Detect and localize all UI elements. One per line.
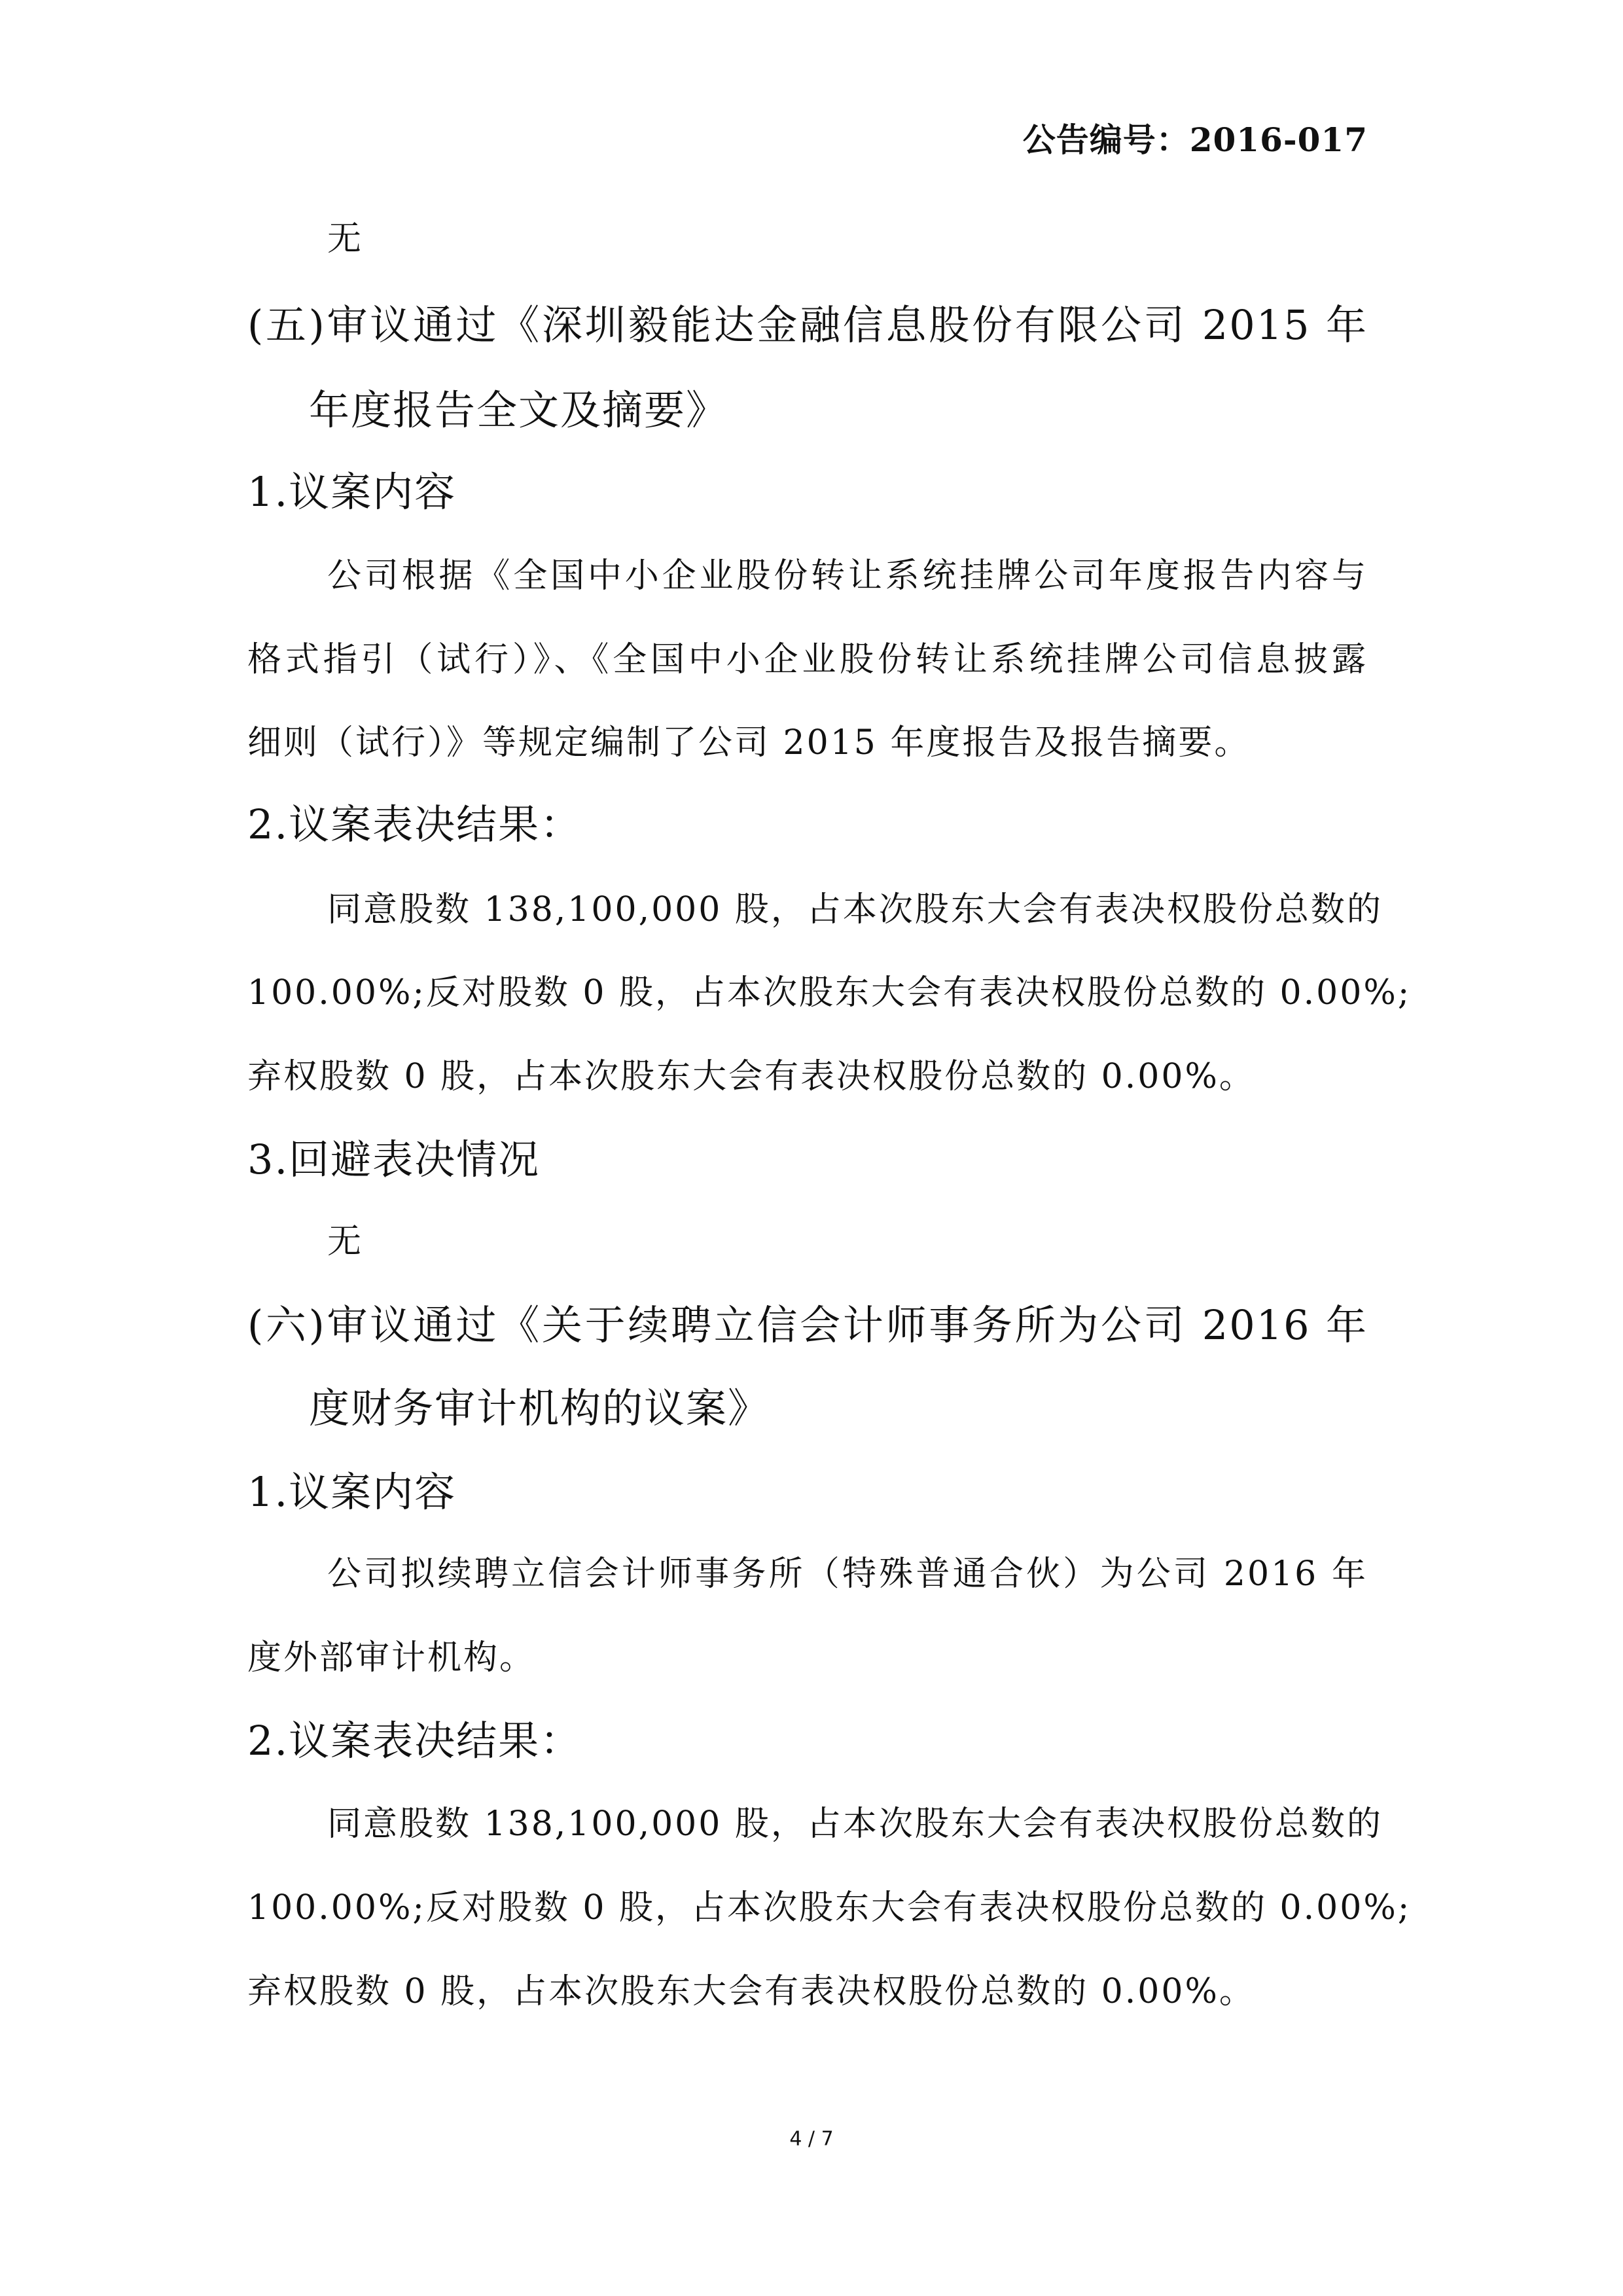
- s5-vote-line: 100.00%;反对股数 0 股，占本次股东大会有表决权股份总数的 0.00%;: [247, 976, 1368, 1010]
- s5-item2-heading: 2.议案表决结果：: [247, 804, 1368, 845]
- s5-item1-heading: 1.议案内容: [247, 472, 1368, 512]
- s5-item3-heading: 3.回避表决情况: [247, 1139, 1368, 1180]
- s6-item1-body-line: 度外部审计机构。: [247, 1641, 1368, 1675]
- s6-vote-line: 弃权股数 0 股，占本次股东大会有表决权股份总数的 0.00%。: [247, 1975, 1368, 2009]
- section-6-title-line2: 度财务审计机构的议案》: [309, 1388, 1368, 1429]
- section-5-title-line1: (五)审议通过《深圳毅能达金融信息股份有限公司 2015 年: [247, 305, 1368, 346]
- section-6-title-line1: (六)审议通过《关于续聘立信会计师事务所为公司 2016 年: [247, 1305, 1368, 1346]
- s5-item3-none: 无: [327, 1225, 1368, 1259]
- announcement-number: 公告编号：2016-017: [1023, 114, 1368, 161]
- prev-none-text: 无: [327, 222, 1368, 256]
- s5-vote-line: 同意股数 138,100,000 股，占本次股东大会有表决权股份总数的: [327, 893, 1368, 927]
- s5-item1-body-line: 格式指引（试行）》、《全国中小企业股份转让系统挂牌公司信息披露: [247, 643, 1368, 677]
- section-5-title-line2: 年度报告全文及摘要》: [309, 390, 1368, 431]
- s6-item1-body-line: 公司拟续聘立信会计师事务所（特殊普通合伙）为公司 2016 年: [327, 1557, 1368, 1591]
- page-indicator: 4 / 7: [0, 2128, 1623, 2151]
- s5-item1-body-line: 细则（试行）》等规定编制了公司 2015 年度报告及报告摘要。: [247, 726, 1368, 760]
- s6-item1-heading: 1.议案内容: [247, 1472, 1368, 1513]
- s6-vote-line: 同意股数 138,100,000 股，占本次股东大会有表决权股份总数的: [327, 1807, 1368, 1841]
- s6-item2-heading: 2.议案表决结果：: [247, 1721, 1368, 1761]
- s6-vote-line: 100.00%;反对股数 0 股，占本次股东大会有表决权股份总数的 0.00%;: [247, 1891, 1368, 1925]
- s5-vote-line: 弃权股数 0 股，占本次股东大会有表决权股份总数的 0.00%。: [247, 1060, 1368, 1094]
- s5-item1-body-line: 公司根据《全国中小企业股份转让系统挂牌公司年度报告内容与: [327, 559, 1368, 593]
